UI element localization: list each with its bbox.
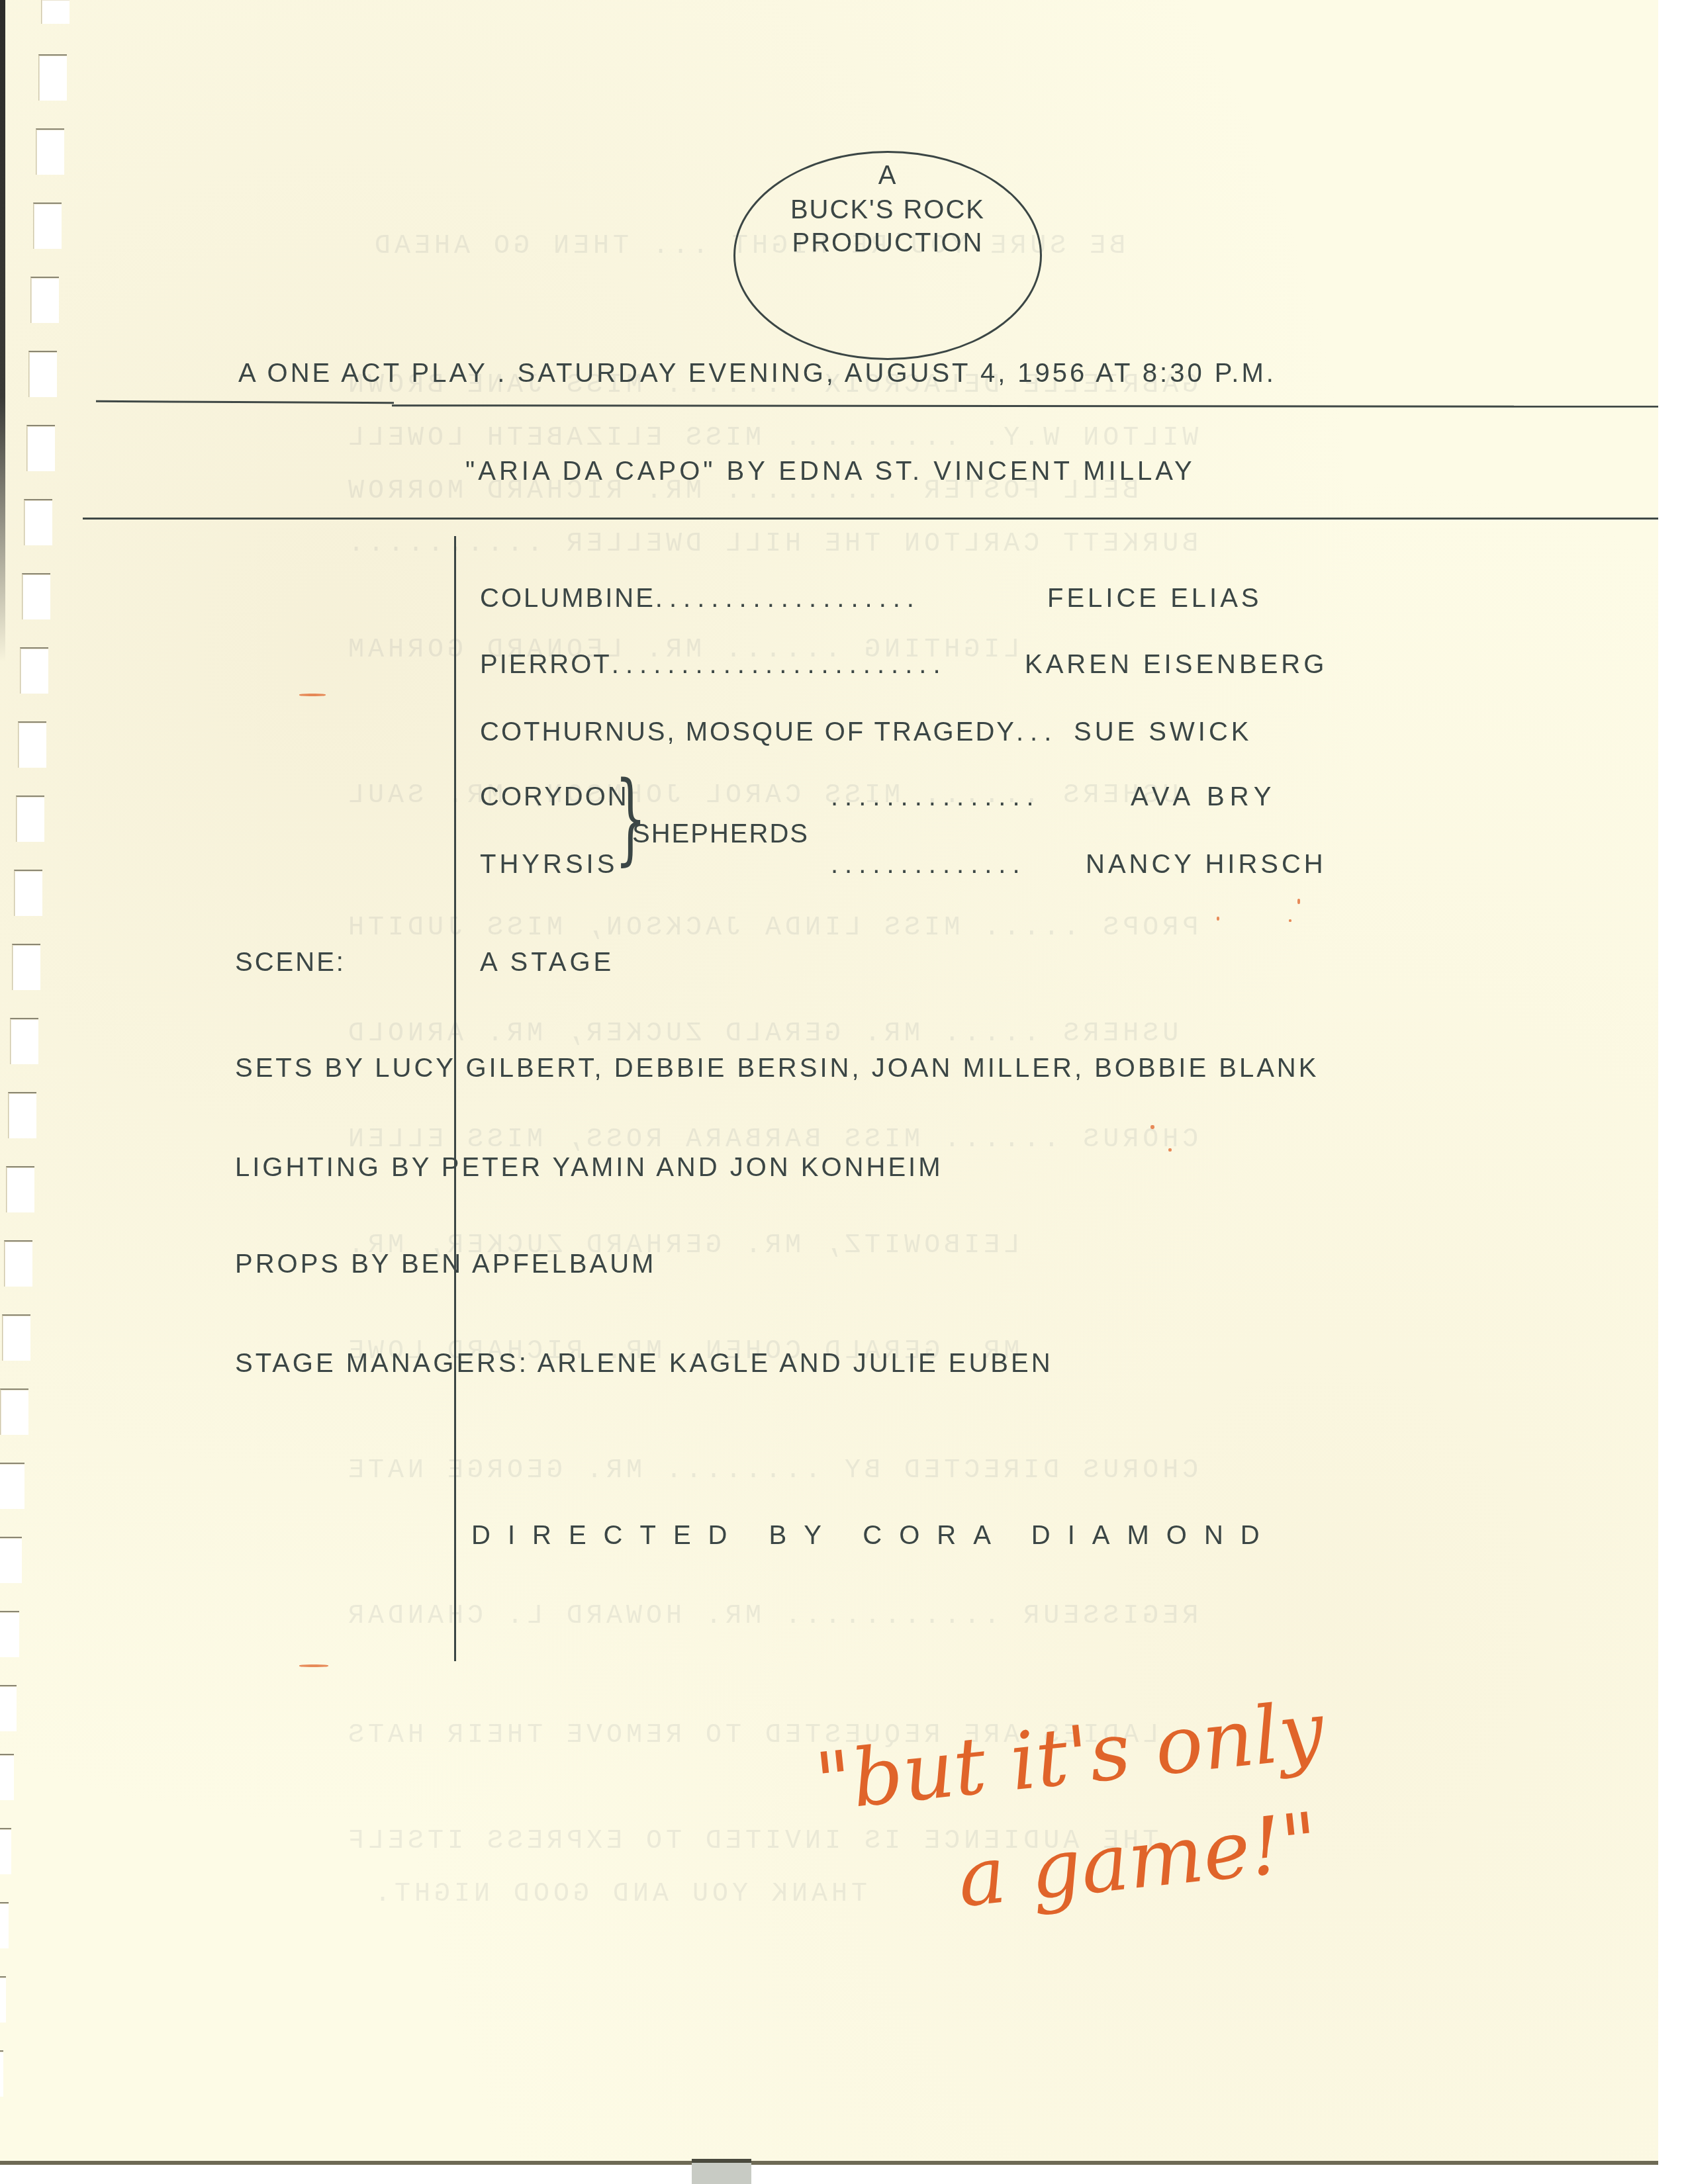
bleed-through-text: REGISSEUR ........... MR. HOWARD L. CHAN…: [344, 1602, 1198, 1631]
bleed-through-text: BURKETT CARLTON THE HILL DWELLER .......…: [344, 529, 1198, 559]
leader-dots: ...: [1016, 717, 1058, 747]
divider-rule-top: [96, 400, 394, 404]
binding-hole: [24, 499, 52, 545]
binding-hole: [18, 721, 46, 768]
vertical-divider: [454, 536, 456, 1661]
binding-hole: [0, 1902, 9, 1948]
cast-role: CORYDON: [480, 782, 629, 812]
cast-role: PIERROT........................: [480, 650, 947, 680]
stamp-line-2: BUCK'S ROCK: [735, 195, 1040, 225]
stamp-line-1: A: [735, 161, 1040, 191]
red-mark: [1168, 1148, 1172, 1152]
binding-hole: [2, 1314, 30, 1361]
cast-actor: SUE SWICK: [1074, 717, 1252, 747]
event-line: A ONE ACT PLAY . SATURDAY EVENING, AUGUS…: [238, 359, 1276, 388]
leader-dots: ........................: [612, 650, 947, 679]
red-mark: [1150, 1125, 1154, 1129]
cast-actor: AVA BRY: [1131, 782, 1277, 812]
credit-props: PROPS BY BEN APFELBAUM: [235, 1250, 656, 1279]
binding-hole: [0, 1463, 24, 1509]
bleed-through-text: USHERS ..... MR. GERALD ZUCKER, MR. ARNO…: [344, 1019, 1178, 1049]
role-name: COLUMBINE: [480, 584, 655, 613]
binding-hole: [30, 277, 59, 323]
program-page: BE SURE YOU'RE RIGHT ... THEN GO AHEAD G…: [0, 0, 1658, 2165]
cast-actor: NANCY HIRSCH: [1086, 850, 1327, 880]
binding-hole: [22, 573, 50, 619]
binding-hole: [0, 1685, 17, 1731]
production-stamp: A BUCK'S ROCK PRODUCTION: [733, 151, 1042, 360]
red-mark: [1289, 919, 1291, 922]
divider-rule-bottom: [83, 518, 1658, 520]
binding-hole: [16, 796, 44, 842]
binding-hole: [0, 1754, 14, 1800]
binding-hole: [41, 0, 70, 24]
role-name: COTHURNUS, MOSQUE OF TRAGEDY: [480, 717, 1016, 747]
binding-hole: [28, 351, 57, 397]
binding-hole: [0, 1388, 28, 1435]
play-title-line: "ARIA DA CAPO" BY EDNA ST. VINCENT MILLA…: [465, 457, 1196, 486]
binding-hole: [0, 1611, 19, 1657]
handwritten-note-line-2: a game!": [953, 1796, 1323, 1925]
binding-hole: [4, 1240, 32, 1287]
binder-clip: [692, 2159, 751, 2184]
cast-actor: KAREN EISENBERG: [1025, 650, 1327, 680]
binding-hole: [36, 128, 64, 175]
binding-hole: [33, 203, 62, 249]
binding-hole: [0, 1828, 11, 1874]
cast-actor: FELICE ELIAS: [1047, 584, 1262, 614]
bleed-through-text: USHERS ...... MISS CAROL JOHNSON, MR. SA…: [344, 781, 1178, 811]
red-mark: [299, 1664, 328, 1667]
binding-hole: [0, 2050, 3, 2097]
scene-label: SCENE:: [235, 948, 346, 978]
binding-hole: [12, 944, 40, 990]
bleed-through-text: CHORUS ...... MISS BARBARA ROSS, MISS EL…: [344, 1125, 1198, 1155]
bleed-through-text: CHORUS DIRECTED BY ........ MR. GEORGE N…: [344, 1456, 1198, 1486]
bleed-through-text: THANK YOU AND GOOD NIGHT.: [371, 1880, 867, 1909]
cast-role: COLUMBINE...................: [480, 584, 921, 614]
bleed-through-text: WILTON W.Y. ......... MISS ELIZABETH LOW…: [344, 424, 1198, 453]
binding-hole: [10, 1018, 38, 1064]
binding-hole: [0, 1537, 22, 1583]
divider-rule-top: [392, 404, 1658, 408]
bleed-through-text: PROPS ..... MISS LINDA JACKSON, MISS JUD…: [344, 913, 1198, 943]
credit-sets: SETS BY LUCY GILBERT, DEBBIE BERSIN, JOA…: [235, 1054, 1319, 1083]
brace-icon: }: [615, 769, 647, 868]
binding-hole: [20, 647, 48, 694]
director-line: DIRECTED BY CORA DIAMOND: [471, 1521, 1277, 1551]
credit-stage-managers: STAGE MANAGERS: ARLENE KAGLE AND JULIE E…: [235, 1349, 1053, 1379]
leader-dots: ...................: [655, 584, 921, 613]
shepherds-label: SHEPHERDS: [632, 819, 809, 849]
leader-dots: ..............: [831, 850, 1027, 879]
cast-role: COTHURNUS, MOSQUE OF TRAGEDY...: [480, 717, 1058, 747]
red-mark: [1217, 917, 1219, 921]
red-mark: [299, 694, 326, 696]
binding-hole: [26, 425, 55, 471]
stamp-line-3: PRODUCTION: [735, 228, 1040, 258]
cast-role: THYRSIS: [480, 850, 618, 880]
binding-spine: [0, 0, 5, 662]
scene-value: A STAGE: [480, 948, 614, 978]
leader-dots: ...............: [831, 782, 1041, 811]
binding-hole: [0, 1976, 6, 2023]
binding-hole: [6, 1166, 34, 1212]
credit-lighting: LIGHTING BY PETER YAMIN AND JON KONHEIM: [235, 1153, 943, 1183]
binding-hole: [14, 870, 42, 916]
red-mark: [1297, 899, 1300, 904]
binding-hole: [38, 54, 67, 101]
binding-hole: [8, 1092, 36, 1138]
cast-dots: ...............: [831, 782, 1041, 812]
role-name: PIERROT: [480, 650, 612, 679]
cast-dots: ..............: [831, 850, 1027, 880]
